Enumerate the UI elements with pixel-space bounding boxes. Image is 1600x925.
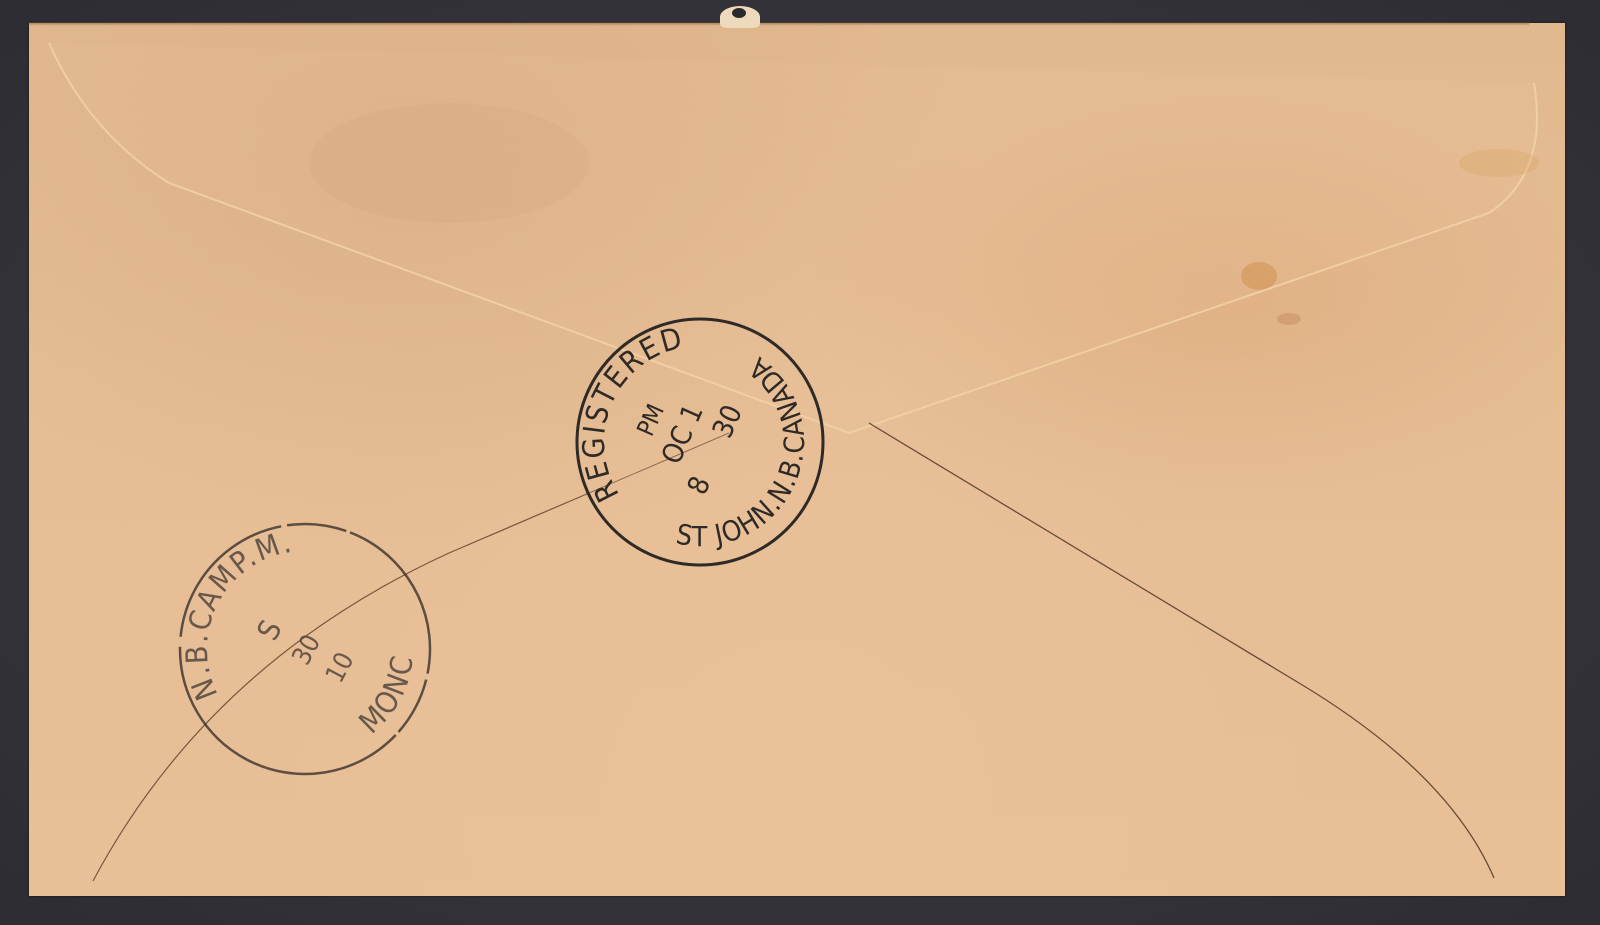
postmark-year: 10 xyxy=(320,648,360,688)
postmark-day: 30 xyxy=(287,630,327,670)
envelope-top-edge xyxy=(29,22,1529,26)
postmark-bottom-text: MONC xyxy=(348,642,430,746)
postmark-saint-john-registered: REGISTERED ST JOHN.N.B.CANADA PM OC 1 8 … xyxy=(572,302,832,586)
postmark-year: 30 xyxy=(706,400,749,443)
postmark-hour: 8 xyxy=(680,471,717,499)
torn-notch xyxy=(720,6,760,28)
postmark-moncton-camp: N.B.CAMP.M. MONC S 30 10 xyxy=(172,512,442,791)
postmark-top-text: N.B.CAMP.M. xyxy=(172,512,309,715)
postmark-month: S xyxy=(251,615,290,647)
